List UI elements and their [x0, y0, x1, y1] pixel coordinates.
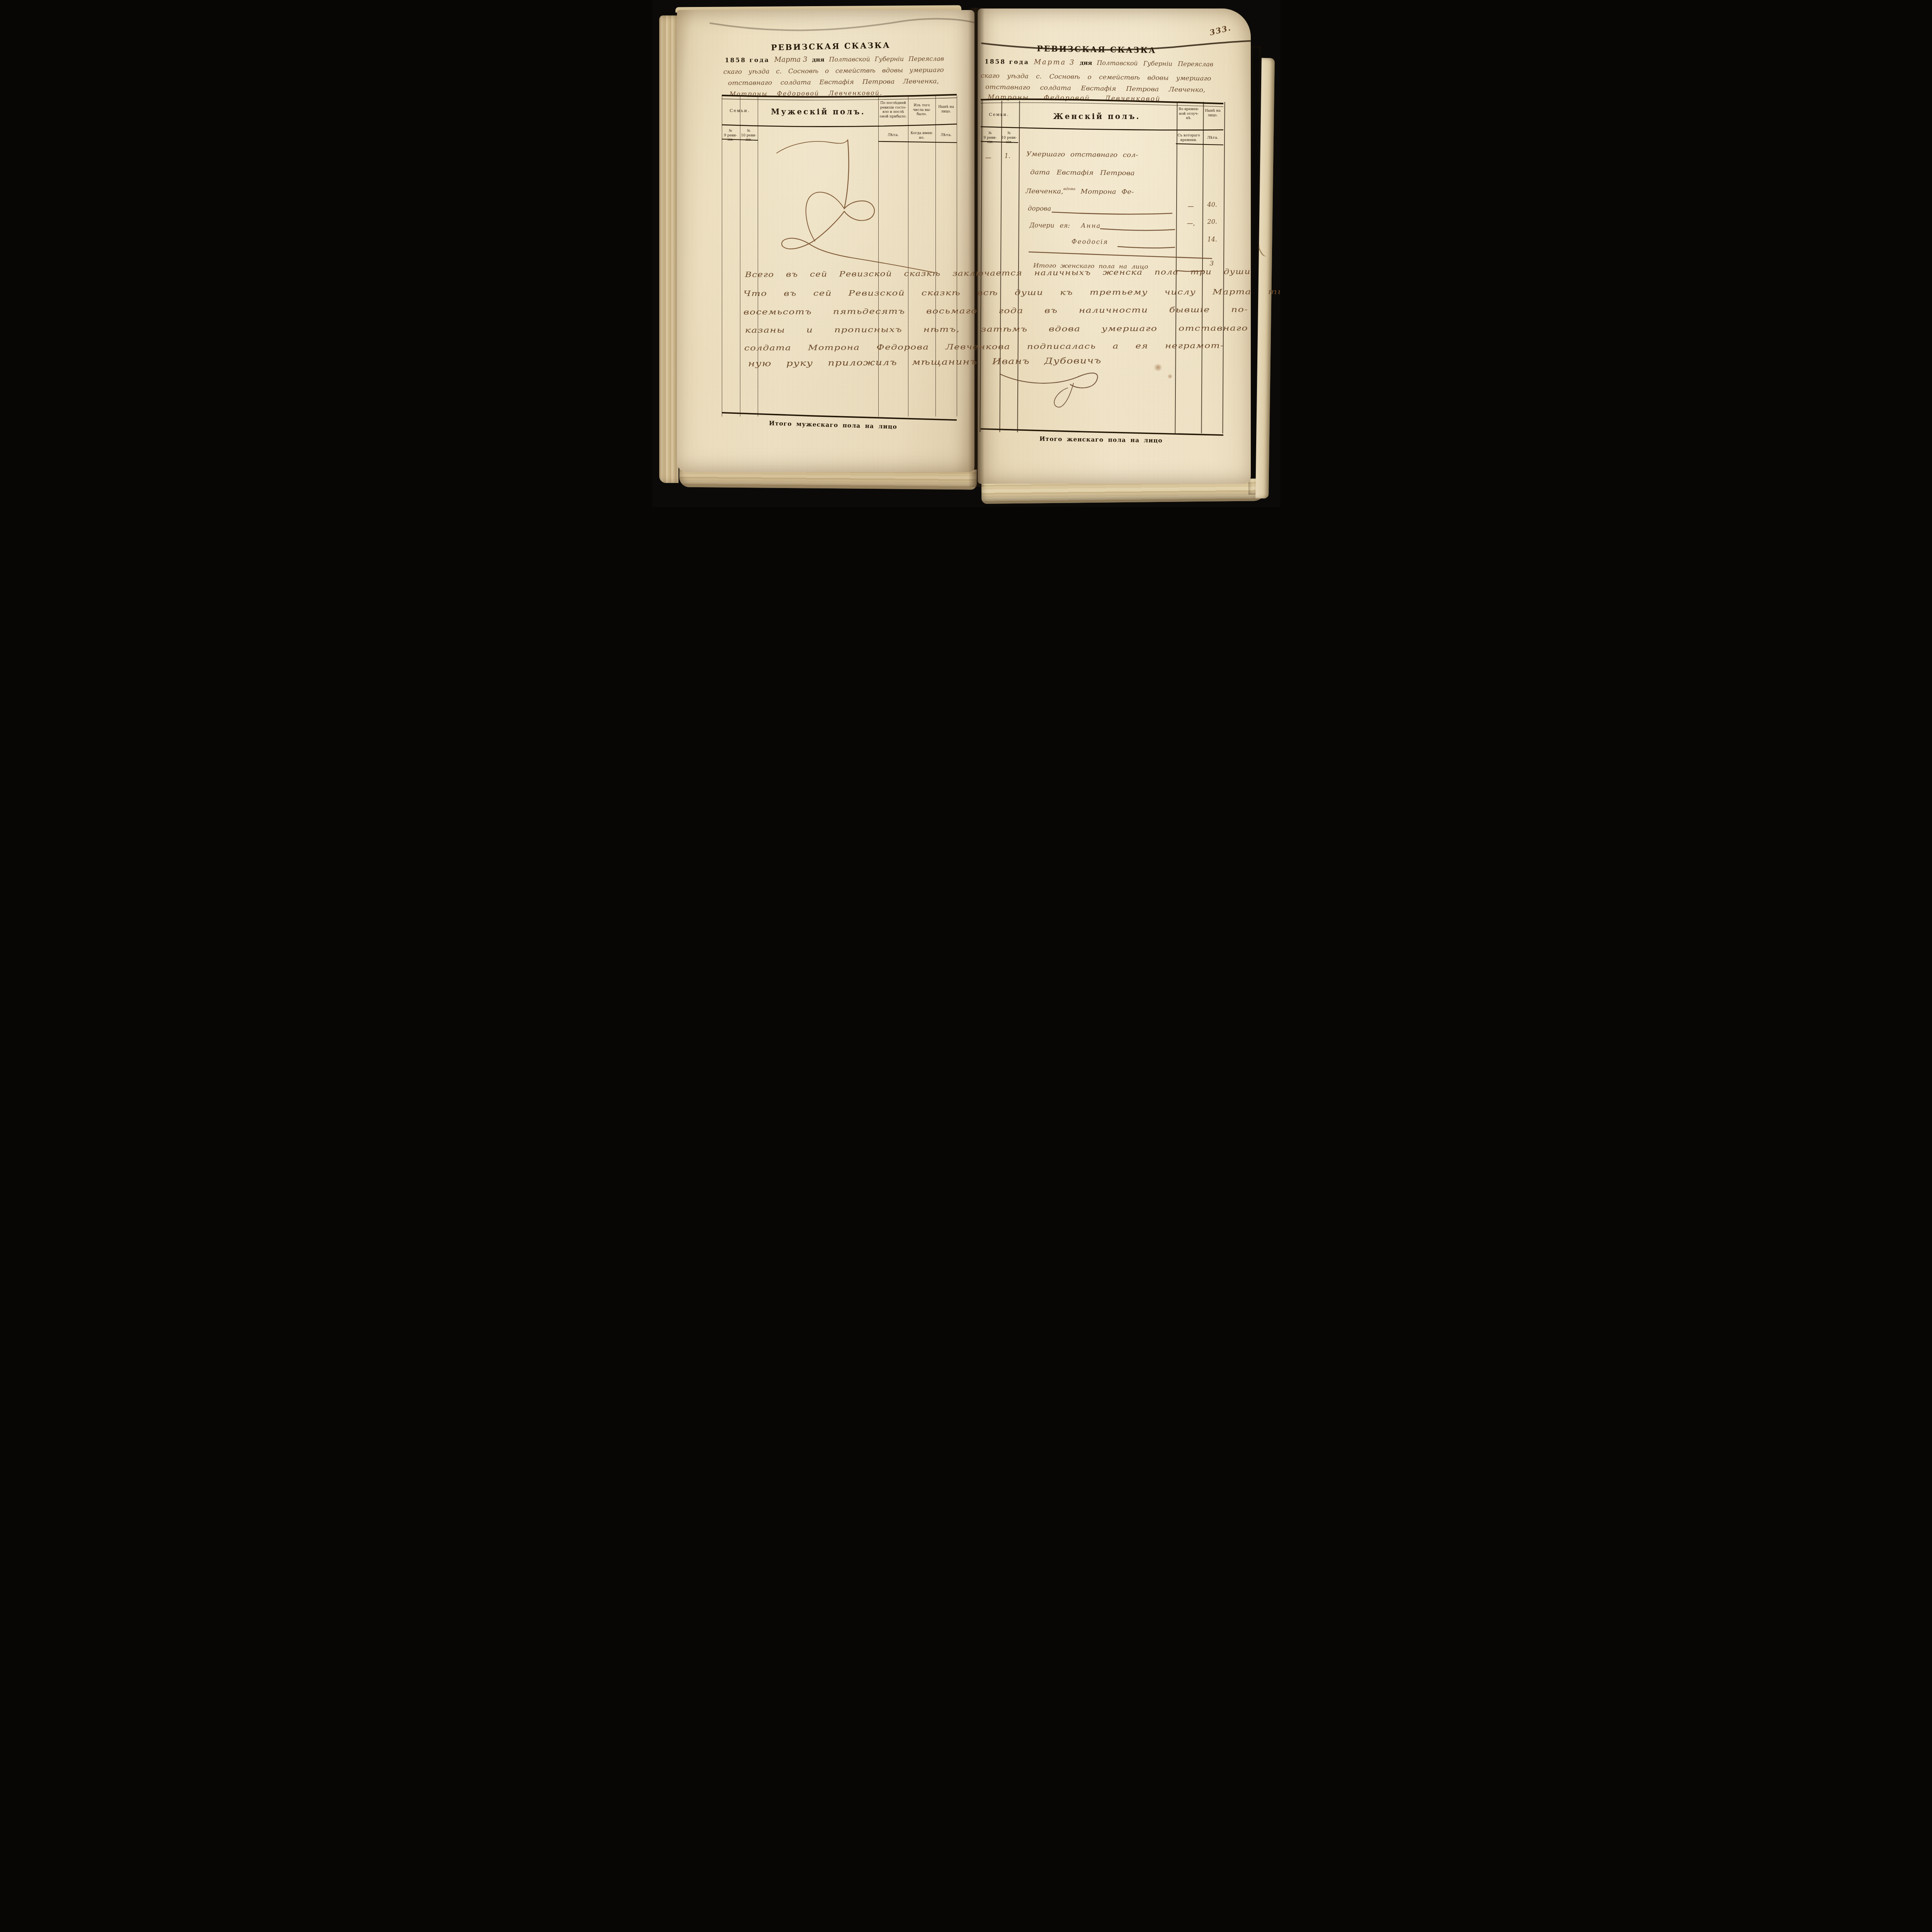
- left-date-line: 1858 года Марта 3 дня Полтавской Губерні…: [724, 54, 944, 64]
- entry1-age: 40.: [1207, 201, 1217, 208]
- left-subheader-rev10: № 10 реви- зіи.: [741, 129, 757, 143]
- right-subheader-years: Лѣта.: [1207, 135, 1218, 140]
- entry3-name: Феодосія: [1071, 238, 1108, 246]
- left-subheader-years1: Лѣта.: [888, 133, 899, 138]
- hw-province: Полтавской Губерніи Переяслав: [1097, 59, 1213, 68]
- entry1-line4: дорова: [1027, 205, 1051, 212]
- right-subheader-rev10: № 10 реви- зіи.: [1002, 131, 1017, 145]
- left-subheader-years2: Лѣта.: [940, 133, 952, 138]
- entry2-label: Дочери ея:: [1029, 221, 1070, 229]
- left-header-last-revision: По послѣдней ревизіи состо- яло и послѣ …: [879, 101, 906, 119]
- left-table-border-right: [957, 95, 957, 417]
- right-header-present: Нынѣ на лицо.: [1205, 109, 1221, 118]
- right-page-title: РЕВИЗСКАЯ СКАЗКА: [1029, 44, 1164, 55]
- entry1-line3: Левченка,вдова Мотрона Фе-: [1025, 187, 1133, 196]
- right-header-female-sex: Женскій полъ.: [1053, 111, 1140, 121]
- left-col-line: [740, 95, 741, 417]
- entry1-since-mark: —: [1188, 202, 1194, 210]
- hw-month-day: Марта 3: [1034, 58, 1075, 66]
- left-subheader-rev9: № 9 реви- зіи.: [724, 129, 737, 143]
- hw-month-day: Марта 3: [774, 55, 807, 64]
- entry2-since-mark: —,: [1187, 219, 1195, 227]
- left-col-line: [758, 95, 759, 417]
- entry1-inserted-word: вдова: [1063, 187, 1075, 191]
- entry3-age: 14.: [1207, 236, 1217, 243]
- right-header-family: Семьи.: [989, 112, 1009, 117]
- entry2-name: Анна: [1081, 222, 1101, 229]
- entry2-line: Дочери ея: Анна: [1029, 221, 1101, 230]
- right-header-absence: Во времен- ной отлуч- кѣ.: [1179, 107, 1199, 121]
- left-table-border-left: [722, 95, 723, 417]
- entry1-line3a: Левченка,: [1025, 187, 1063, 195]
- entry1-line2: дата Евстафія Петрова: [1030, 168, 1134, 177]
- printed-day-word: дня: [1080, 59, 1092, 66]
- female-total-value: 3: [1210, 260, 1214, 267]
- left-col-line: [908, 95, 909, 417]
- printed-year: 1858 года: [724, 56, 769, 64]
- left-header-present: Нынѣ на лицо.: [938, 105, 954, 114]
- left-col-line: [878, 95, 879, 417]
- entry1-line1: Умершаго отставнаго сол-: [1026, 150, 1138, 159]
- left-header-male-sex: Мужескій полъ.: [771, 107, 865, 117]
- book-gutter-shadow: [968, 8, 985, 487]
- entry1-rev10-number: 1.: [1005, 152, 1010, 160]
- revision-list-scan: 333. РЕВИЗСКАЯ СКАЗКА 1858 года Марта 3 …: [652, 0, 1280, 507]
- left-header-family: Семьи.: [730, 108, 750, 114]
- hw-province: Полтавской Губерніи Переяслав: [829, 55, 944, 63]
- printed-year: 1858 года: [984, 58, 1029, 65]
- left-opening-line4: Мотроны Федоровой Левченковой.: [729, 89, 882, 98]
- right-subheader-since: Съ котораго времени.: [1177, 134, 1200, 143]
- left-subheader-when: Когда имен- но.: [910, 131, 933, 140]
- printed-day-word: дня: [812, 56, 824, 63]
- entry1-line3b: Мотрона Фе-: [1080, 188, 1134, 196]
- left-header-departed: Изъ того числа вы- было.: [913, 104, 930, 117]
- left-page-stack-edge: [659, 15, 679, 483]
- entry2-age: 20.: [1207, 218, 1217, 225]
- right-subheader-rev9: № 9 реви- зіи.: [984, 131, 997, 145]
- left-col-line: [935, 95, 936, 417]
- entry1-rev9-mark: —: [985, 154, 992, 161]
